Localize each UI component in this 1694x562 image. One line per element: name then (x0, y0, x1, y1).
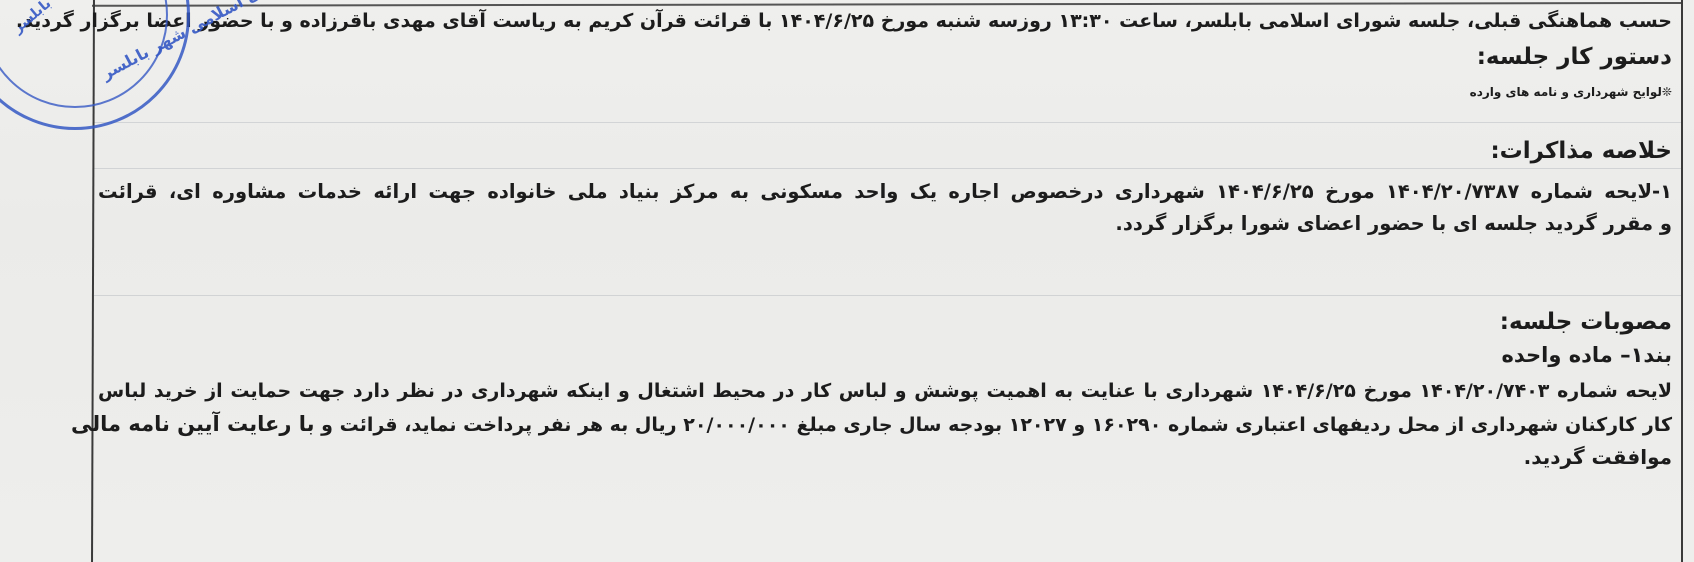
scanned-document-page: حسب هماهنگی قبلی، جلسه شورای اسلامی بابل… (0, 0, 1694, 562)
meeting-intro-text: حسب هماهنگی قبلی، جلسه شورای اسلامی بابل… (16, 10, 1672, 32)
resolution-conclusion: موافقت گردید. (1524, 445, 1672, 469)
minutes-body: حسب هماهنگی قبلی، جلسه شورای اسلامی بابل… (100, 0, 1674, 562)
resolution-text-line: کار کارکنان شهرداری از محل ردیفهای اعتبا… (98, 412, 1672, 436)
table-border-right (1681, 0, 1683, 562)
resolution-text-normal: کار کارکنان شهرداری از محل ردیفهای اعتبا… (315, 414, 1672, 436)
resolution-text-emphasis: با رعایت آیین نامه مالی (71, 412, 315, 436)
resolutions-heading: مصوبات جلسه: (1500, 309, 1672, 335)
resolution-text-line: لایحه شماره ۱۴۰۴/۲۰/۷۴۰۳ مورخ ۱۴۰۴/۶/۲۵ … (98, 380, 1672, 402)
agenda-item: ❊لوایح شهرداری و نامه های وارده (1470, 85, 1672, 99)
agenda-heading: دستور کار جلسه: (1477, 44, 1672, 70)
summary-paragraph-line: و مقرر گردید جلسه ای با حضور اعضای شورا … (1115, 212, 1672, 235)
summary-heading: خلاصه مذاکرات: (1490, 138, 1672, 164)
summary-paragraph-line: ۱-لایحه شماره ۱۴۰۴/۲۰/۷۳۸۷ مورخ ۱۴۰۴/۶/۲… (98, 180, 1672, 203)
resolution-item-heading: بند۱– ماده واحده (1501, 343, 1672, 367)
